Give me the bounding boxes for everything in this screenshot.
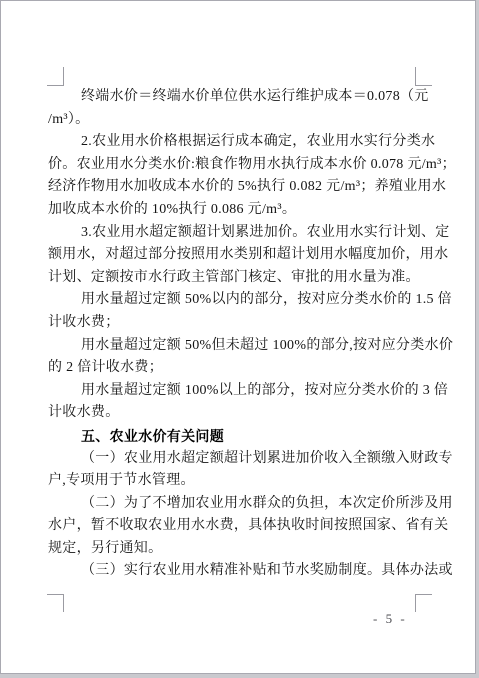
text-line: （三）实行农业用水精准补贴和节水奖励制度。具体办法或 (48, 560, 436, 583)
text-line: 计收水费。 (48, 402, 436, 425)
text-line: 3.农业用水超定额超计划累进加价。农业用水实行计划、定 (48, 222, 436, 245)
text-line: 水户，暂不收取农业用水水费，具体执收时间按照国家、省有关 (48, 515, 436, 538)
text-line: 户,专项用于节水管理。 (48, 470, 436, 493)
text-line: 终端水价＝终端水价单位供水运行维护成本＝0.078（元 (48, 86, 436, 109)
crop-mark-top-right-icon (415, 67, 432, 86)
text-line: （二）为了不增加农业用水群众的负担，本次定价所涉及用 (48, 493, 436, 516)
text-line: 计收水费； (48, 312, 436, 335)
document-body: 终端水价＝终端水价单位供水运行维护成本＝0.078（元/m³）。2.农业用水价格… (48, 86, 436, 583)
text-line: 用水量超过定额 50%以内的部分，按对应分类水价的 1.5 倍 (48, 289, 436, 312)
text-line: /m³）。 (48, 109, 436, 132)
text-line: 2.农业用水价格根据运行成本确定，农业用水实行分类水 (48, 131, 436, 154)
text-line: 价。农业用水分类水价:粮食作物用水执行成本水价 0.078 元/m³； (48, 154, 436, 177)
text-line: 的 2 倍计收水费； (48, 357, 436, 380)
crop-mark-top-left-icon (47, 67, 64, 86)
section-heading: 五、农业水价有关问题 (48, 425, 436, 448)
text-line: 经济作物用水加收成本水价的 5%执行 0.082 元/m³；养殖业用水 (48, 176, 436, 199)
text-line: 规定，另行通知。 (48, 538, 436, 561)
text-line: 额用水，对超过部分按照用水类别和超计划用水幅度加价，用水 (48, 244, 436, 267)
text-line: 用水量超过定额 50%但未超过 100%的部分,按对应分类水价 (48, 335, 436, 358)
text-line: 用水量超过定额 100%以上的部分，按对应分类水价的 3 倍 (48, 380, 436, 403)
crop-mark-bottom-right-icon (415, 594, 432, 612)
text-line: （一）农业用水超定额超计划累进加价收入全额缴入财政专 (48, 448, 436, 471)
crop-mark-bottom-left-icon (47, 594, 64, 612)
document-page: 终端水价＝终端水价单位供水运行维护成本＝0.078（元/m³）。2.农业用水价格… (0, 0, 476, 674)
text-line: 加收成本水价的 10%执行 0.086 元/m³。 (48, 199, 436, 222)
page-canvas: 终端水价＝终端水价单位供水运行维护成本＝0.078（元/m³）。2.农业用水价格… (0, 0, 479, 678)
page-number: - 5 - (373, 611, 407, 627)
text-line: 计划、定额按市水行政主管部门核定、审批的用水量为准。 (48, 267, 436, 290)
